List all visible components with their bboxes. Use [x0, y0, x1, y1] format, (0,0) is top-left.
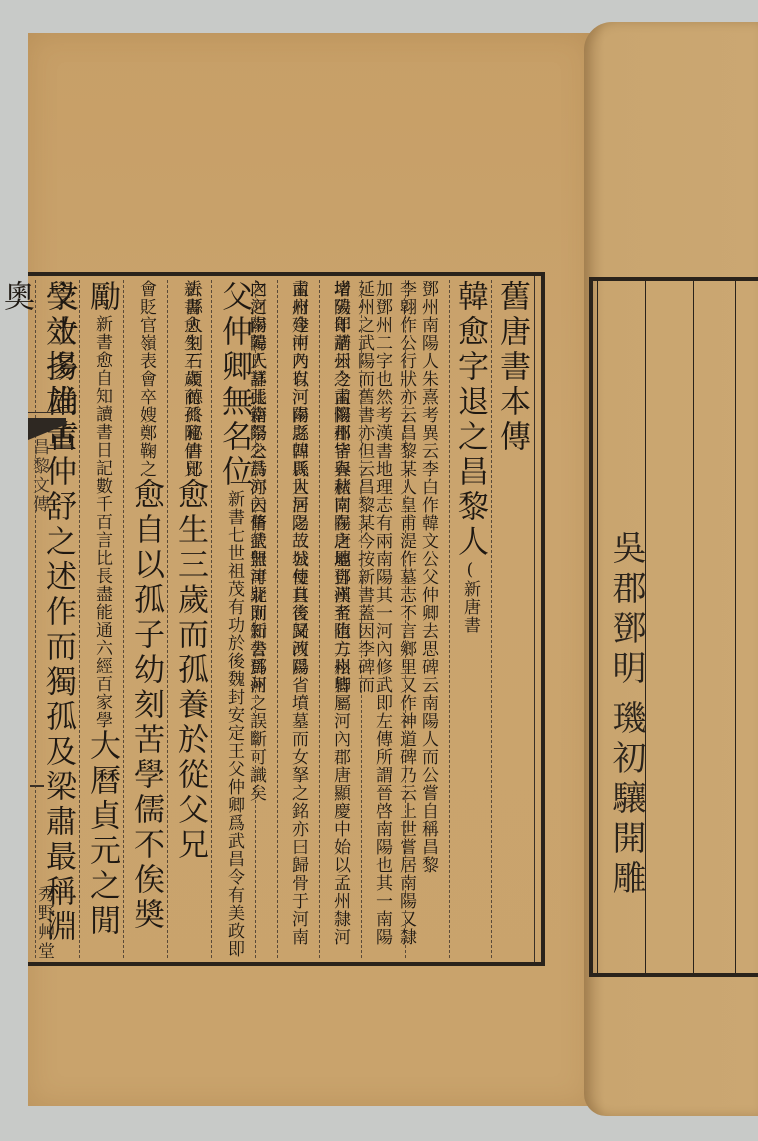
- publisher-mark: 秀野艸堂: [32, 885, 57, 961]
- column-10: 新書愈生三歲而孤隨伯兄愈生三歲而孤養於從父兄: [167, 280, 211, 958]
- fore-edge-title: 昌黎文傳: [28, 438, 52, 514]
- column-11: 會貶官嶺表會卒嫂鄭鞠之愈自以孤子幼刻苦學儒不俟奬: [123, 280, 167, 958]
- annotation-open: (: [460, 560, 480, 580]
- column-5: 加鄧州二字也然考漢書地理志有兩南陽其一河內修武即左傳所謂晉啓南陽也其一南陽堵陽即…: [361, 280, 403, 958]
- column-12: 勵新書愈自知讀書日記數千百言比長盡能通六經百家學大曆貞元之閒文士多尚古: [79, 280, 123, 958]
- book-title: 舊唐書本傳: [494, 280, 530, 455]
- column-9: 父仲卿無名位新書七世祖茂有功於後魏封安定王父仲卿爲武昌令有美政即去縣人刻石頌德終…: [211, 280, 255, 958]
- main-text: 愈生三歲而孤養於從父兄: [172, 478, 208, 863]
- frame-rule: [597, 281, 598, 973]
- page-number-mark: [30, 785, 44, 787]
- main-text: 勵: [84, 280, 120, 315]
- annotation-text: 新書愈自知讀書日記數千百言比長盡能通六經百家學: [92, 315, 112, 729]
- colophon: 吳郡鄧明璣初驤開雕: [602, 530, 651, 900]
- column-4: 李翺作公行狀亦云昌黎某人皇甫湜作墓志不言鄉里又作神道碑乃云上世嘗居南陽又隸延州之…: [405, 280, 427, 958]
- main-text: 愈自以孤子幼刻苦學儒不俟奬: [128, 478, 164, 933]
- fore-edge-rule: [28, 412, 68, 413]
- column-rule: [735, 281, 736, 973]
- colophon-line-2: 璣初驤開雕: [606, 700, 646, 900]
- main-text: 父仲卿無名位: [216, 280, 252, 490]
- annotation-text: 新書愈生三歲而孤隨伯兄: [180, 280, 200, 478]
- colophon-line-1: 吳郡鄧明: [606, 530, 646, 690]
- column-2: 韓愈字退之昌黎人(新唐書: [449, 280, 491, 958]
- main-text: 韓愈字退之昌黎人: [452, 280, 488, 560]
- column-8: 內之南陽人詳此南陽之爲河內脩武無可疑而新書鄧州之誤斷可識矣: [255, 280, 277, 958]
- annotation-text: 新唐書: [460, 580, 480, 634]
- column-7: 孟州今河內有河陽縣韓氏世居之故公每自言歸河陽省墳墓而女拏之銘亦曰歸骨于河南之河陽…: [277, 280, 319, 958]
- text-frame: 舊唐書本傳 韓愈字退之昌黎人(新唐書 鄧州南陽人朱熹考異云李白作韓文公父仲卿去思…: [28, 272, 545, 966]
- column-title: 舊唐書本傳: [491, 280, 533, 958]
- main-text: 學效揚雄董仲舒之述作而獨孤及梁肅最稱淵奧: [0, 280, 76, 945]
- column-rule: [693, 281, 694, 973]
- annotation-text: 會貶官嶺表會卒嫂鄭鞠之: [136, 280, 156, 478]
- column-6: 增攷年譜云今孟懷州皆春秋南陽之地自漢至隋二州皆屬河內郡唐顯慶中始以孟州隸河南府建…: [319, 280, 361, 958]
- column-13: 學效揚雄董仲舒之述作而獨孤及梁肅最稱淵奧: [35, 280, 79, 958]
- column-3: 鄧州南陽人朱熹考異云李白作韓文公父仲卿去思碑云南陽人而公嘗自稱昌黎: [427, 280, 449, 958]
